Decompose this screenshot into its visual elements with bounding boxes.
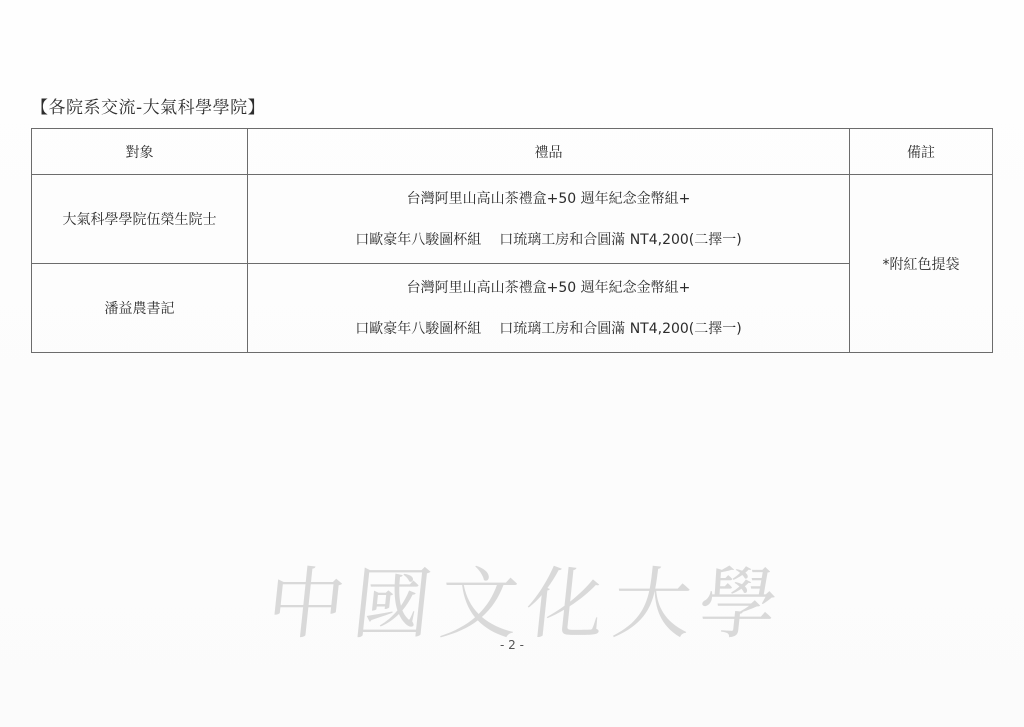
gift-line-options: 口歐豪年八駿圖杯組口琉璃工房和合圓滿 NT4,200(二擇一): [248, 229, 849, 251]
gift-option-b: 口琉璃工房和合圓滿 NT4,200(二擇一): [499, 321, 741, 337]
recipient-cell: 潘益農書記: [32, 264, 248, 353]
section-title: 【各院系交流-大氣科學學院】: [31, 93, 265, 118]
header-recipient: 對象: [32, 129, 248, 175]
table-row: 大氣科學學院伍榮生院士 台灣阿里山高山茶禮盒+50 週年紀念金幣組+ 口歐豪年八…: [32, 175, 993, 264]
gift-line-main: 台灣阿里山高山茶禮盒+50 週年紀念金幣組+: [248, 277, 849, 299]
header-note: 備註: [850, 129, 993, 175]
document-page: 【各院系交流-大氣科學學院】 對象 禮品 備註 大氣科學學院伍榮生院士 台灣阿里…: [0, 0, 1024, 727]
gift-cell: 台灣阿里山高山茶禮盒+50 週年紀念金幣組+ 口歐豪年八駿圖杯組口琉璃工房和合圓…: [248, 264, 850, 353]
gift-line-options: 口歐豪年八駿圖杯組口琉璃工房和合圓滿 NT4,200(二擇一): [248, 318, 849, 340]
table-row: 潘益農書記 台灣阿里山高山茶禮盒+50 週年紀念金幣組+ 口歐豪年八駿圖杯組口琉…: [32, 264, 993, 353]
header-gift: 禮品: [248, 129, 850, 175]
gift-cell: 台灣阿里山高山茶禮盒+50 週年紀念金幣組+ 口歐豪年八駿圖杯組口琉璃工房和合圓…: [248, 175, 850, 264]
gift-table: 對象 禮品 備註 大氣科學學院伍榮生院士 台灣阿里山高山茶禮盒+50 週年紀念金…: [31, 128, 993, 353]
university-watermark: 中 國 文 化 大 學: [268, 548, 778, 648]
page-number: - 2 -: [0, 638, 1024, 652]
gift-line-main: 台灣阿里山高山茶禮盒+50 週年紀念金幣組+: [248, 188, 849, 210]
gift-option-b: 口琉璃工房和合圓滿 NT4,200(二擇一): [499, 232, 741, 248]
recipient-cell: 大氣科學學院伍榮生院士: [32, 175, 248, 264]
table-header-row: 對象 禮品 備註: [32, 129, 993, 175]
gift-option-a: 口歐豪年八駿圖杯組: [355, 321, 481, 337]
gift-option-a: 口歐豪年八駿圖杯組: [355, 232, 481, 248]
note-cell: *附紅色提袋: [850, 175, 993, 353]
